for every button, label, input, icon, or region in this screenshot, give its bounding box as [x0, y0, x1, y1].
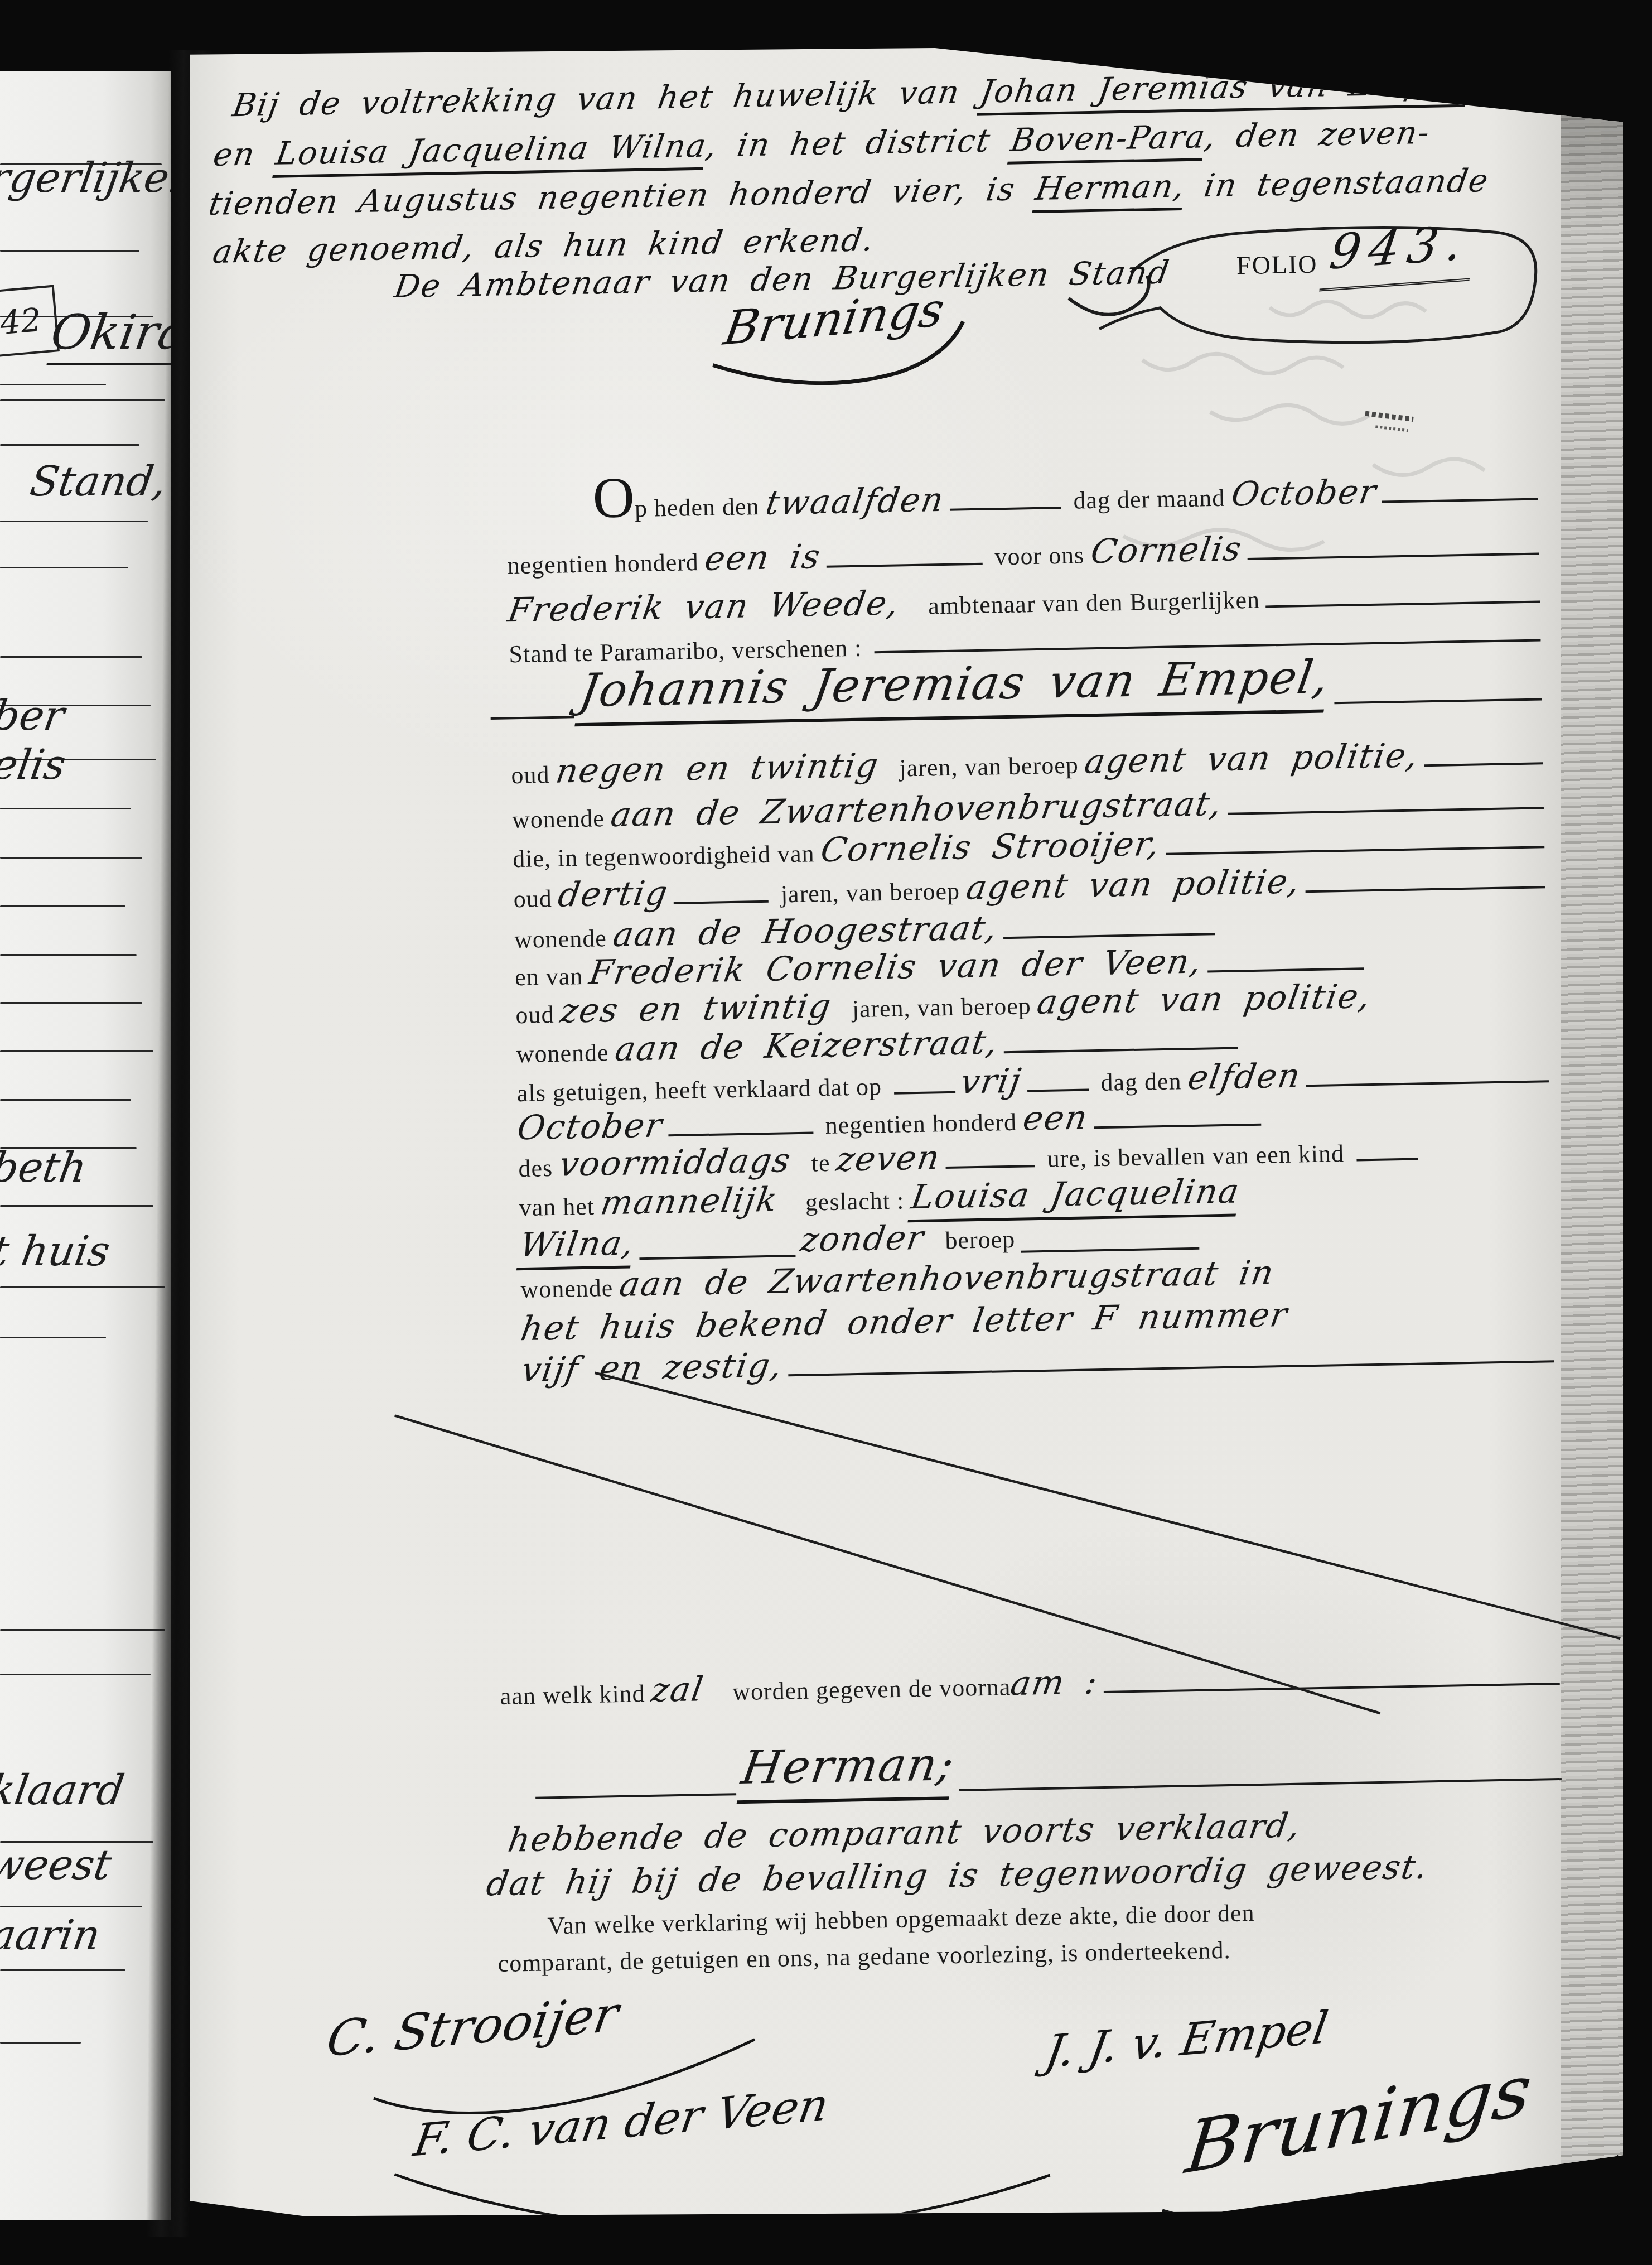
ruled-line [0, 857, 142, 859]
ruled-line [0, 521, 148, 522]
folio-label: FOLIO [1236, 249, 1318, 281]
ruled-line [0, 250, 139, 252]
declarant-signature: J. J. v. Empel [1041, 2001, 1331, 2078]
act-number: 42 [0, 301, 43, 342]
document-page: FOLIO 943. Bij de voltrekking van het hu… [190, 48, 1623, 2225]
ruled-line [0, 1674, 151, 1675]
given-name-line: aan welk kind zal worden gegeven de voor… [500, 1654, 1566, 1713]
folio-number: 943. [1319, 214, 1479, 291]
adjacent-fragment: beth [0, 1144, 90, 1192]
ruled-line [0, 954, 137, 956]
ruled-line [0, 444, 139, 446]
closing-line: comparant, de getuigen en ons, na gedane… [497, 1936, 1231, 1978]
act-line: Op heden den twaalfden dag der maand Oct… [592, 460, 1544, 526]
ruled-line [0, 1286, 165, 1288]
adjacent-fragment: klaard [0, 1766, 127, 1814]
ruled-line [0, 399, 165, 401]
ruled-line [0, 2042, 81, 2044]
ruled-line [0, 384, 106, 385]
adjacent-fragment: t huis [0, 1227, 113, 1275]
adjacent-fragment: aarin [0, 1911, 104, 1959]
ruled-line [0, 567, 128, 568]
adjacent-fragment: ber [0, 692, 67, 740]
registrar-signature: Brunings [1182, 2047, 1536, 2190]
ruled-line [0, 1002, 142, 1004]
adjacent-fragment: elis [0, 741, 69, 789]
adjacent-page-edge: rgerlijken 42 Okira Stand, ber elis beth… [0, 71, 171, 2220]
scanned-register-photo: rgerlijken 42 Okira Stand, ber elis beth… [0, 0, 1652, 2265]
adjacent-fragment: rgerlijken [0, 154, 171, 202]
act-line: Frederik van Weede, ambtenaar van den Bu… [508, 572, 1546, 630]
adjacent-fragment: Stand, [27, 457, 170, 505]
act-line: negentien honderd een is voor ons Cornel… [507, 524, 1545, 582]
ruled-line [0, 1099, 131, 1101]
strike-line [595, 1354, 1620, 1657]
ruled-line [0, 1205, 153, 1207]
ruled-line [0, 656, 142, 658]
ruled-line [0, 1906, 142, 1907]
ruled-line [0, 808, 131, 809]
ruled-line [0, 1050, 153, 1052]
ruled-line [0, 905, 125, 907]
adjacent-fragment: Okira [46, 305, 171, 365]
ruled-line [0, 1629, 165, 1631]
witness1-signature: C. Strooijer [323, 1985, 622, 2068]
adjacent-fragment: weest [0, 1841, 114, 1889]
child-name-line: Herman; [529, 1727, 1567, 1808]
witness2-signature: F. C. van der Veen [410, 2079, 832, 2167]
ruled-line [0, 1969, 125, 1971]
page-content: FOLIO 943. Bij de voltrekking van het hu… [172, 36, 1645, 2239]
ruled-line [0, 1337, 106, 1338]
closing-line: Van welke verklaring wij hebben opgemaak… [547, 1898, 1255, 1940]
